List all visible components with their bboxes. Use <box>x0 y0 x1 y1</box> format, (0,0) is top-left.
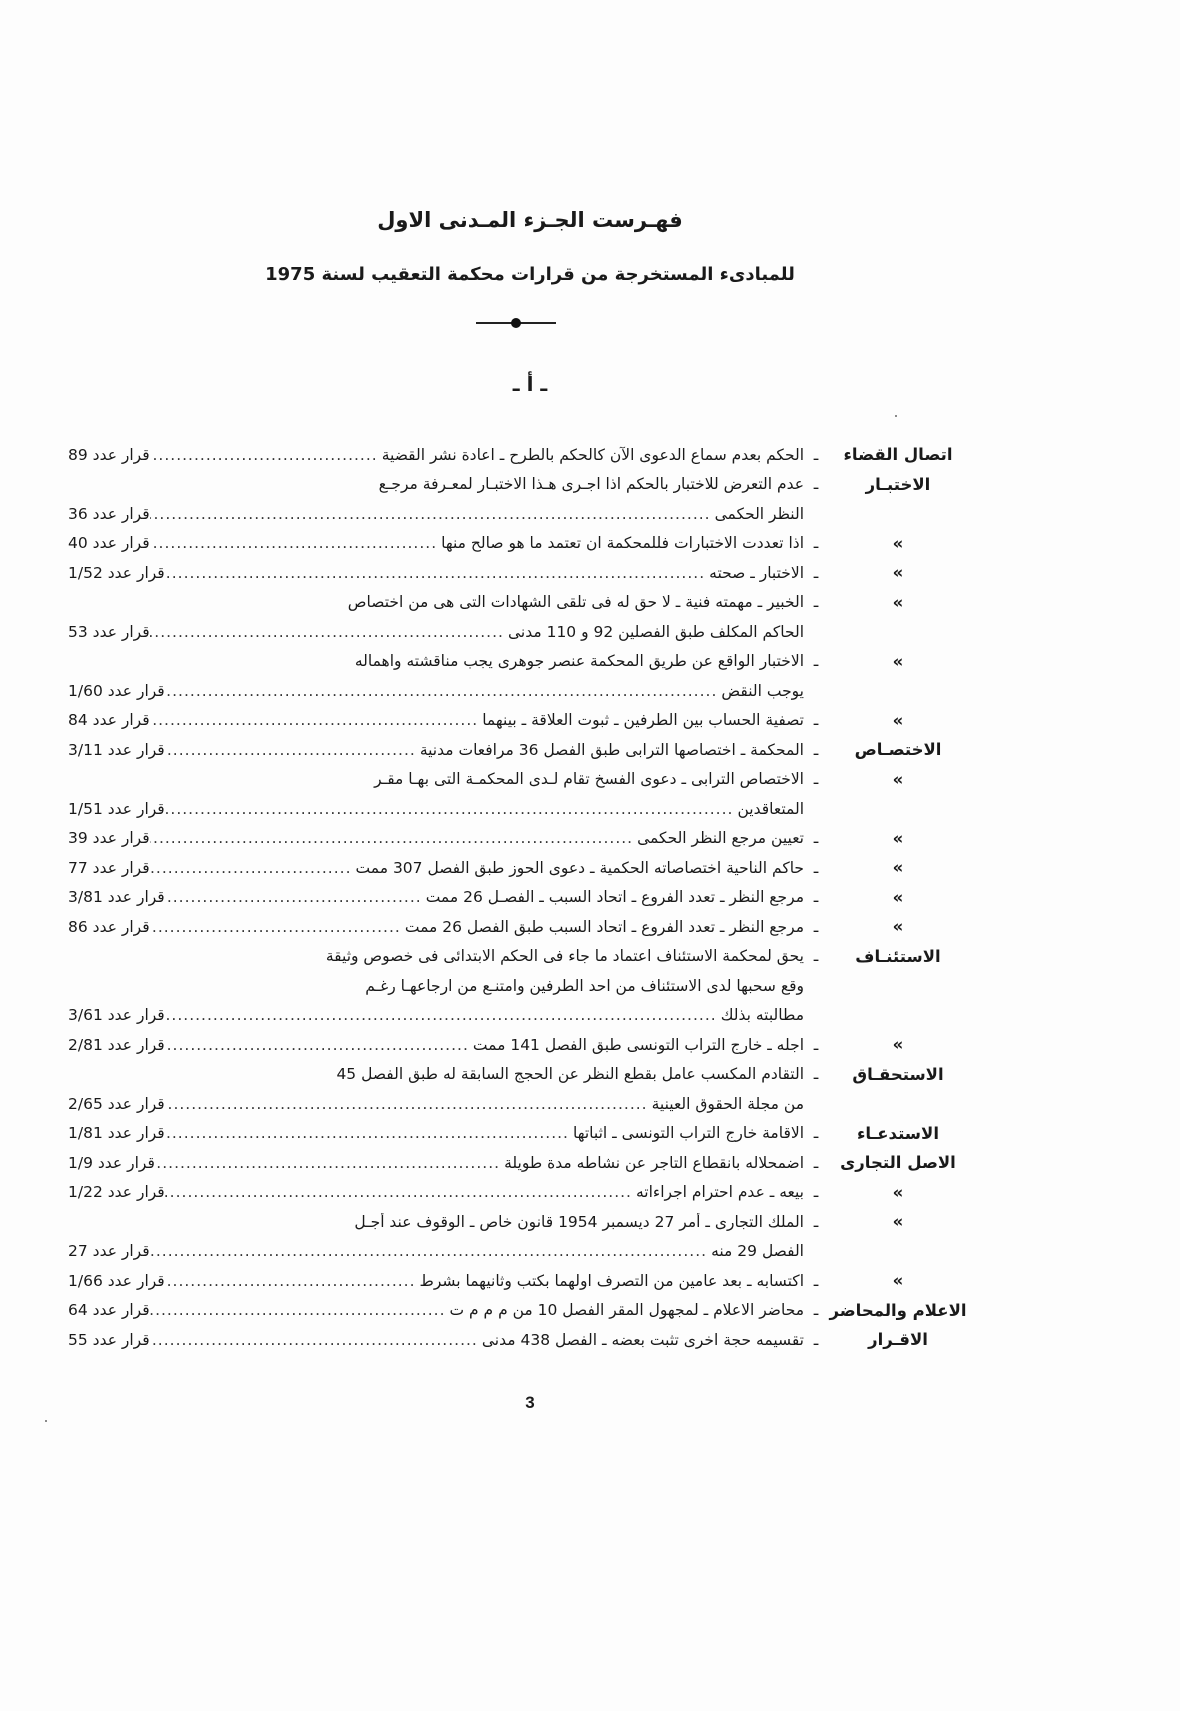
index-entry-row: »ـالخبير ـ مهمته فنية ـ لا حق له فى تلقى… <box>68 588 968 618</box>
entry-description: اكتسابه ـ بعد عامين من التصرف اولهما بكت… <box>420 1272 804 1290</box>
entry-description: مرجع النظر ـ تعدد الفروع ـ اتحاد السبب ط… <box>405 918 804 936</box>
entry-heading: الاقـرار <box>828 1330 968 1349</box>
entry-dash: ـ <box>804 1036 828 1054</box>
entry-text: الحكم بعدم سماع الدعوى الآن كالحكم بالطر… <box>68 446 804 464</box>
dot-leader <box>165 741 420 759</box>
decision-reference: قرار عدد 53 <box>68 623 150 641</box>
index-entry-row: »ـبيعه ـ عدم احترام اجراءاتهقرار عدد 1/2… <box>68 1178 968 1208</box>
dot-leader <box>150 534 442 552</box>
decision-reference: قرار عدد 3/11 <box>68 741 165 759</box>
entry-heading: الاستدعـاء <box>828 1124 968 1143</box>
dot-leader <box>150 446 382 464</box>
entry-description: تقسيمه حجة اخرى تثبت بعضه ـ الفصل 438 مد… <box>482 1331 804 1349</box>
dot-leader <box>150 711 483 729</box>
entry-dash: ـ <box>804 534 828 552</box>
entry-heading: الاستحقـاق <box>828 1065 968 1084</box>
section-letter: ـ أ ـ <box>0 372 1060 396</box>
entry-description: المحكمة ـ اختصاصها الترابى طبق الفصل 36 … <box>420 741 804 759</box>
index-entry-row: يوجب النقضقرار عدد 1/60 <box>68 676 968 706</box>
index-entry-row: »ـالاختبار ـ صحتهقرار عدد 1/52 <box>68 558 968 588</box>
index-entry-row: الاقـرارـتقسيمه حجة اخرى تثبت بعضه ـ الف… <box>68 1325 968 1355</box>
entry-description: الاختبار ـ صحته <box>709 564 804 582</box>
page-number: 3 <box>0 1393 1060 1413</box>
dot-leader <box>165 800 738 818</box>
index-entry-row: الاصل التجارىـاضمحلاله بانقطاع التاجر عن… <box>68 1148 968 1178</box>
entry-text: الحاكم المكلف طبق الفصلين 92 و 110 مدنىق… <box>68 623 804 641</box>
dot-leader <box>150 1331 482 1349</box>
entry-description: مرجع النظر ـ تعدد الفروع ـ اتحاد السبب ـ… <box>426 888 804 906</box>
index-entry-row: »ـالاختبار الواقع عن طريق المحكمة عنصر ج… <box>68 647 968 677</box>
entry-description: الحكم بعدم سماع الدعوى الآن كالحكم بالطر… <box>382 446 804 464</box>
entry-heading: الاختبـار <box>828 475 968 494</box>
decision-reference: قرار عدد 40 <box>68 534 150 552</box>
entry-text: الاختبار الواقع عن طريق المحكمة عنصر جوه… <box>68 652 804 670</box>
index-entry-row: من مجلة الحقوق العينيةقرار عدد 2/65 <box>68 1089 968 1119</box>
index-entry-row: »ـتصفية الحساب بين الطرفين ـ ثبوت العلاق… <box>68 706 968 736</box>
entry-text: الخبير ـ مهمته فنية ـ لا حق له فى تلقى ا… <box>68 593 804 611</box>
entry-text: المتعاقدينقرار عدد 1/51 <box>68 800 804 818</box>
document-page: فهـرست الجـزء المـدنى الاول للمبادىء الم… <box>0 0 1180 1711</box>
entry-description: عدم التعرض للاختبار بالحكم اذا اجـرى هـذ… <box>379 475 804 493</box>
decision-reference: قرار عدد 84 <box>68 711 150 729</box>
dot-leader <box>150 859 356 877</box>
ditto-mark: » <box>828 593 968 612</box>
dot-leader <box>165 888 426 906</box>
entry-description: الحاكم المكلف طبق الفصلين 92 و 110 مدنى <box>508 623 804 641</box>
dot-leader <box>165 682 722 700</box>
entry-heading: الاختصـاص <box>828 740 968 759</box>
entry-text: تصفية الحساب بين الطرفين ـ ثبوت العلاقة … <box>68 711 804 729</box>
entry-dash: ـ <box>804 741 828 759</box>
index-entry-row: النظر الحكمىقرار عدد 36 <box>68 499 968 529</box>
dot-leader <box>165 1183 636 1201</box>
index-title: فهـرست الجـزء المـدنى الاول <box>0 208 1060 232</box>
entry-text: اكتسابه ـ بعد عامين من التصرف اولهما بكت… <box>68 1272 804 1290</box>
index-entry-row: الاستحقـاقـالتقادم المكسب عامل بقطع النظ… <box>68 1060 968 1090</box>
ditto-mark: » <box>828 652 968 671</box>
entry-description: وقع سحبها لدى الاستئناف من احد الطرفين و… <box>365 977 804 995</box>
index-entry-row: الاستئنـافـيحق لمحكمة الاستئناف اعتماد م… <box>68 942 968 972</box>
index-entry-row: الاختبـارـعدم التعرض للاختبار بالحكم اذا… <box>68 470 968 500</box>
entry-text: مرجع النظر ـ تعدد الفروع ـ اتحاد السبب ط… <box>68 918 804 936</box>
index-entry-row: »ـالاختصاص الترابى ـ دعوى الفسخ تقام لـد… <box>68 765 968 795</box>
decision-reference: قرار عدد 2/65 <box>68 1095 165 1113</box>
entry-dash: ـ <box>804 1183 828 1201</box>
dot-leader <box>150 623 508 641</box>
index-entry-row: »ـاكتسابه ـ بعد عامين من التصرف اولهما ب… <box>68 1266 968 1296</box>
entry-text: اجله ـ خارج التراب التونسى طبق الفصل 141… <box>68 1036 804 1054</box>
decision-reference: قرار عدد 1/60 <box>68 682 165 700</box>
index-entry-row: »ـحاكم الناحية اختصاصاته الحكمية ـ دعوى … <box>68 853 968 883</box>
entry-text: يوجب النقضقرار عدد 1/60 <box>68 682 804 700</box>
dot-leader <box>165 1095 652 1113</box>
decision-reference: قرار عدد 27 <box>68 1242 150 1260</box>
index-entry-row: »ـمرجع النظر ـ تعدد الفروع ـ اتحاد السبب… <box>68 912 968 942</box>
decision-reference: قرار عدد 89 <box>68 446 150 464</box>
index-entry-row: الاعلام والمحاضرـمحاضر الاعلام ـ لمجهول … <box>68 1296 968 1326</box>
decision-reference: قرار عدد 36 <box>68 505 150 523</box>
index-entry-row: »ـمرجع النظر ـ تعدد الفروع ـ اتحاد السبب… <box>68 883 968 913</box>
entry-dash: ـ <box>804 711 828 729</box>
ditto-mark: » <box>828 1212 968 1231</box>
entry-description: تصفية الحساب بين الطرفين ـ ثبوت العلاقة … <box>482 711 804 729</box>
entry-description: الاختصاص الترابى ـ دعوى الفسخ تقام لـدى … <box>374 770 804 788</box>
entry-description: مطالبته بذلك <box>721 1006 804 1024</box>
entry-description: الخبير ـ مهمته فنية ـ لا حق له فى تلقى ا… <box>348 593 804 611</box>
entry-heading: الاصل التجارى <box>828 1153 968 1172</box>
entry-text: اضمحلاله بانقطاع التاجر عن نشاطه مدة طوي… <box>68 1154 804 1172</box>
index-entry-row: مطالبته بذلكقرار عدد 3/61 <box>68 1001 968 1031</box>
decision-reference: قرار عدد 1/9 <box>68 1154 155 1172</box>
decision-reference: قرار عدد 3/81 <box>68 888 165 906</box>
entry-description: اذا تعددت الاختبارات فللمحكمة ان تعتمد م… <box>441 534 804 552</box>
entry-dash: ـ <box>804 1154 828 1172</box>
entry-dash: ـ <box>804 652 828 670</box>
entry-text: مطالبته بذلكقرار عدد 3/61 <box>68 1006 804 1024</box>
entry-heading: الاعلام والمحاضر <box>828 1301 968 1320</box>
entry-heading: الاستئنـاف <box>828 947 968 966</box>
entry-description: الاقامة خارج التراب التونسى ـ اثباتها <box>573 1124 804 1142</box>
entry-dash: ـ <box>804 446 828 464</box>
index-entry-row: الفصل 29 منهقرار عدد 27 <box>68 1237 968 1267</box>
entry-text: تعيين مرجع النظر الحكمىقرار عدد 39 <box>68 829 804 847</box>
entry-text: وقع سحبها لدى الاستئناف من احد الطرفين و… <box>68 977 804 995</box>
entry-text: من مجلة الحقوق العينيةقرار عدد 2/65 <box>68 1095 804 1113</box>
ditto-mark: » <box>828 534 968 553</box>
entry-text: الاقامة خارج التراب التونسى ـ اثباتهاقرا… <box>68 1124 804 1142</box>
decision-reference: قرار عدد 1/81 <box>68 1124 165 1142</box>
ditto-mark: » <box>828 858 968 877</box>
ditto-mark: » <box>828 1183 968 1202</box>
dot-leader <box>150 505 715 523</box>
dot-leader <box>165 564 709 582</box>
entry-description: الملك التجارى ـ أمر 27 ديسمبر 1954 قانون… <box>354 1213 804 1231</box>
ditto-mark: » <box>828 888 968 907</box>
entry-text: المحكمة ـ اختصاصها الترابى طبق الفصل 36 … <box>68 741 804 759</box>
entry-dash: ـ <box>804 475 828 493</box>
entry-text: النظر الحكمىقرار عدد 36 <box>68 505 804 523</box>
decision-reference: قرار عدد 1/22 <box>68 1183 165 1201</box>
entry-description: النظر الحكمى <box>715 505 804 523</box>
dot-leader <box>155 1154 504 1172</box>
entry-description: المتعاقدين <box>737 800 804 818</box>
entry-description: محاضر الاعلام ـ لمجهول المقر الفصل 10 من… <box>450 1301 804 1319</box>
index-entry-row: الاستدعـاءـالاقامة خارج التراب التونسى ـ… <box>68 1119 968 1149</box>
entry-description: الاختبار الواقع عن طريق المحكمة عنصر جوه… <box>355 652 804 670</box>
dot-leader <box>165 1006 721 1024</box>
dot-leader <box>150 1242 711 1260</box>
dot-leader <box>150 1301 450 1319</box>
entry-text: الفصل 29 منهقرار عدد 27 <box>68 1242 804 1260</box>
index-entries: اتصال القضاءـالحكم بعدم سماع الدعوى الآن… <box>68 440 968 1355</box>
decision-reference: قرار عدد 77 <box>68 859 150 877</box>
ditto-mark: » <box>828 917 968 936</box>
entry-dash: ـ <box>804 1301 828 1319</box>
entry-description: اضمحلاله بانقطاع التاجر عن نشاطه مدة طوي… <box>504 1154 804 1172</box>
entry-text: التقادم المكسب عامل بقطع النظر عن الحجج … <box>68 1065 804 1083</box>
entry-text: يحق لمحكمة الاستئناف اعتماد ما جاء فى ال… <box>68 947 804 965</box>
index-subtitle: للمبادىء المستخرجة من قرارات محكمة التعق… <box>0 264 1060 285</box>
entry-text: محاضر الاعلام ـ لمجهول المقر الفصل 10 من… <box>68 1301 804 1319</box>
entry-text: الاختبار ـ صحتهقرار عدد 1/52 <box>68 564 804 582</box>
entry-dash: ـ <box>804 1065 828 1083</box>
index-entry-row: »ـاذا تعددت الاختبارات فللمحكمة ان تعتمد… <box>68 529 968 559</box>
entry-dash: ـ <box>804 859 828 877</box>
entry-text: اذا تعددت الاختبارات فللمحكمة ان تعتمد م… <box>68 534 804 552</box>
entry-text: تقسيمه حجة اخرى تثبت بعضه ـ الفصل 438 مد… <box>68 1331 804 1349</box>
entry-text: عدم التعرض للاختبار بالحكم اذا اجـرى هـذ… <box>68 475 804 493</box>
entry-dash: ـ <box>804 1272 828 1290</box>
ditto-mark: » <box>828 770 968 789</box>
entry-description: بيعه ـ عدم احترام اجراءاته <box>636 1183 804 1201</box>
index-entry-row: المتعاقدينقرار عدد 1/51 <box>68 794 968 824</box>
entry-heading: اتصال القضاء <box>828 445 968 464</box>
index-entry-row: الحاكم المكلف طبق الفصلين 92 و 110 مدنىق… <box>68 617 968 647</box>
decision-reference: قرار عدد 39 <box>68 829 150 847</box>
entry-text: مرجع النظر ـ تعدد الفروع ـ اتحاد السبب ـ… <box>68 888 804 906</box>
entry-dash: ـ <box>804 1331 828 1349</box>
entry-description: حاكم الناحية اختصاصاته الحكمية ـ دعوى ال… <box>356 859 804 877</box>
ornament-divider <box>476 322 556 324</box>
decision-reference: قرار عدد 86 <box>68 918 150 936</box>
index-entry-row: »ـتعيين مرجع النظر الحكمىقرار عدد 39 <box>68 824 968 854</box>
ditto-mark: » <box>828 1271 968 1290</box>
index-entry-row: »ـالملك التجارى ـ أمر 27 ديسمبر 1954 قان… <box>68 1207 968 1237</box>
entry-description: يوجب النقض <box>721 682 804 700</box>
scan-speck <box>895 415 897 417</box>
decision-reference: قرار عدد 1/52 <box>68 564 165 582</box>
decision-reference: قرار عدد 2/81 <box>68 1036 165 1054</box>
entry-dash: ـ <box>804 1213 828 1231</box>
decision-reference: قرار عدد 1/51 <box>68 800 165 818</box>
scan-speck <box>45 1420 47 1422</box>
entry-dash: ـ <box>804 888 828 906</box>
entry-dash: ـ <box>804 918 828 936</box>
dot-leader <box>165 1036 473 1054</box>
entry-description: التقادم المكسب عامل بقطع النظر عن الحجج … <box>336 1065 804 1083</box>
dot-leader <box>150 918 405 936</box>
decision-reference: قرار عدد 1/66 <box>68 1272 165 1290</box>
index-entry-row: الاختصـاصـالمحكمة ـ اختصاصها الترابى طبق… <box>68 735 968 765</box>
entry-text: حاكم الناحية اختصاصاته الحكمية ـ دعوى ال… <box>68 859 804 877</box>
ditto-mark: » <box>828 829 968 848</box>
decision-reference: قرار عدد 55 <box>68 1331 150 1349</box>
dot-leader <box>150 829 637 847</box>
decision-reference: قرار عدد 3/61 <box>68 1006 165 1024</box>
entry-description: من مجلة الحقوق العينية <box>652 1095 804 1113</box>
index-entry-row: اتصال القضاءـالحكم بعدم سماع الدعوى الآن… <box>68 440 968 470</box>
decision-reference: قرار عدد 64 <box>68 1301 150 1319</box>
entry-dash: ـ <box>804 947 828 965</box>
entry-description: يحق لمحكمة الاستئناف اعتماد ما جاء فى ال… <box>326 947 804 965</box>
entry-dash: ـ <box>804 829 828 847</box>
index-entry-row: وقع سحبها لدى الاستئناف من احد الطرفين و… <box>68 971 968 1001</box>
ditto-mark: » <box>828 711 968 730</box>
ditto-mark: » <box>828 1035 968 1054</box>
entry-description: الفصل 29 منه <box>711 1242 804 1260</box>
entry-dash: ـ <box>804 564 828 582</box>
dot-leader <box>165 1124 573 1142</box>
dot-leader <box>165 1272 420 1290</box>
entry-description: اجله ـ خارج التراب التونسى طبق الفصل 141… <box>473 1036 804 1054</box>
entry-text: الملك التجارى ـ أمر 27 ديسمبر 1954 قانون… <box>68 1213 804 1231</box>
entry-description: تعيين مرجع النظر الحكمى <box>637 829 804 847</box>
entry-text: بيعه ـ عدم احترام اجراءاتهقرار عدد 1/22 <box>68 1183 804 1201</box>
entry-dash: ـ <box>804 593 828 611</box>
entry-dash: ـ <box>804 1124 828 1142</box>
entry-text: الاختصاص الترابى ـ دعوى الفسخ تقام لـدى … <box>68 770 804 788</box>
ditto-mark: » <box>828 563 968 582</box>
entry-dash: ـ <box>804 770 828 788</box>
index-entry-row: »ـاجله ـ خارج التراب التونسى طبق الفصل 1… <box>68 1030 968 1060</box>
